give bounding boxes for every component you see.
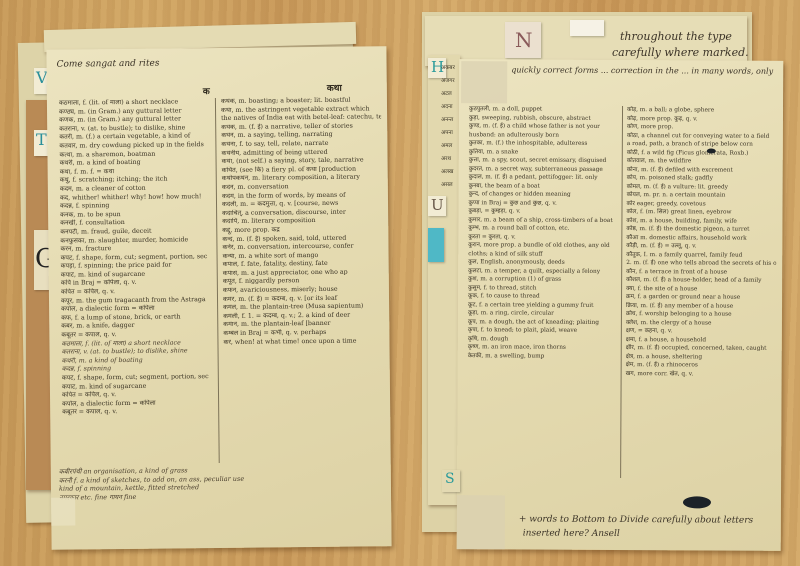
- side-label-s: S: [442, 470, 460, 492]
- bottom-left-tape: [457, 495, 505, 549]
- left-dictionary-page: Come sangat and rites क कथा कठमाला, f. (…: [46, 46, 391, 550]
- upper-annotation: quickly correct forms ... correction in …: [511, 65, 773, 75]
- right-column: कोड़, m. a ball; a globe, sphere कोढ़, m…: [626, 106, 777, 379]
- right-dictionary-page: quickly correct forms ... correction in …: [457, 59, 784, 551]
- left-column: कुठपुतली, m. a doll, puppet कुड़ा, sweep…: [468, 105, 619, 361]
- column-divider: [620, 106, 623, 478]
- bottom-handwriting: कबीरपंथी an organisation, a kind of gras…: [59, 464, 379, 502]
- top-handwriting: Come sangat and rites: [56, 59, 159, 70]
- page-header-word: कथा: [327, 81, 342, 94]
- corner-tape: [51, 498, 75, 526]
- center-letter: क: [203, 84, 210, 97]
- letter-tab-n: N: [505, 22, 541, 58]
- top-left-tape: [461, 61, 507, 103]
- top-note-2: carefully where marked.: [612, 46, 749, 59]
- white-label: [570, 20, 604, 36]
- left-column: कठमाला, f. (lit. of माला) a short neckla…: [59, 98, 216, 418]
- ornament-label: [428, 228, 444, 262]
- ink-spot: [707, 148, 716, 153]
- ink-blot: [683, 496, 711, 508]
- right-column: कथक, m. boasting; a boaster; lit. boastf…: [221, 96, 384, 347]
- bottom-note-2: inserted here? Ansell: [523, 528, 620, 539]
- side-label-u: U: [428, 196, 446, 216]
- margin-column: अकबर अजगर अटल अदना अनन्त अपना अमल अरथ अल…: [441, 62, 457, 192]
- bottom-note-1: + words to Bottom to Divide carefully ab…: [519, 514, 753, 525]
- top-note-1: throughout the type: [620, 30, 732, 43]
